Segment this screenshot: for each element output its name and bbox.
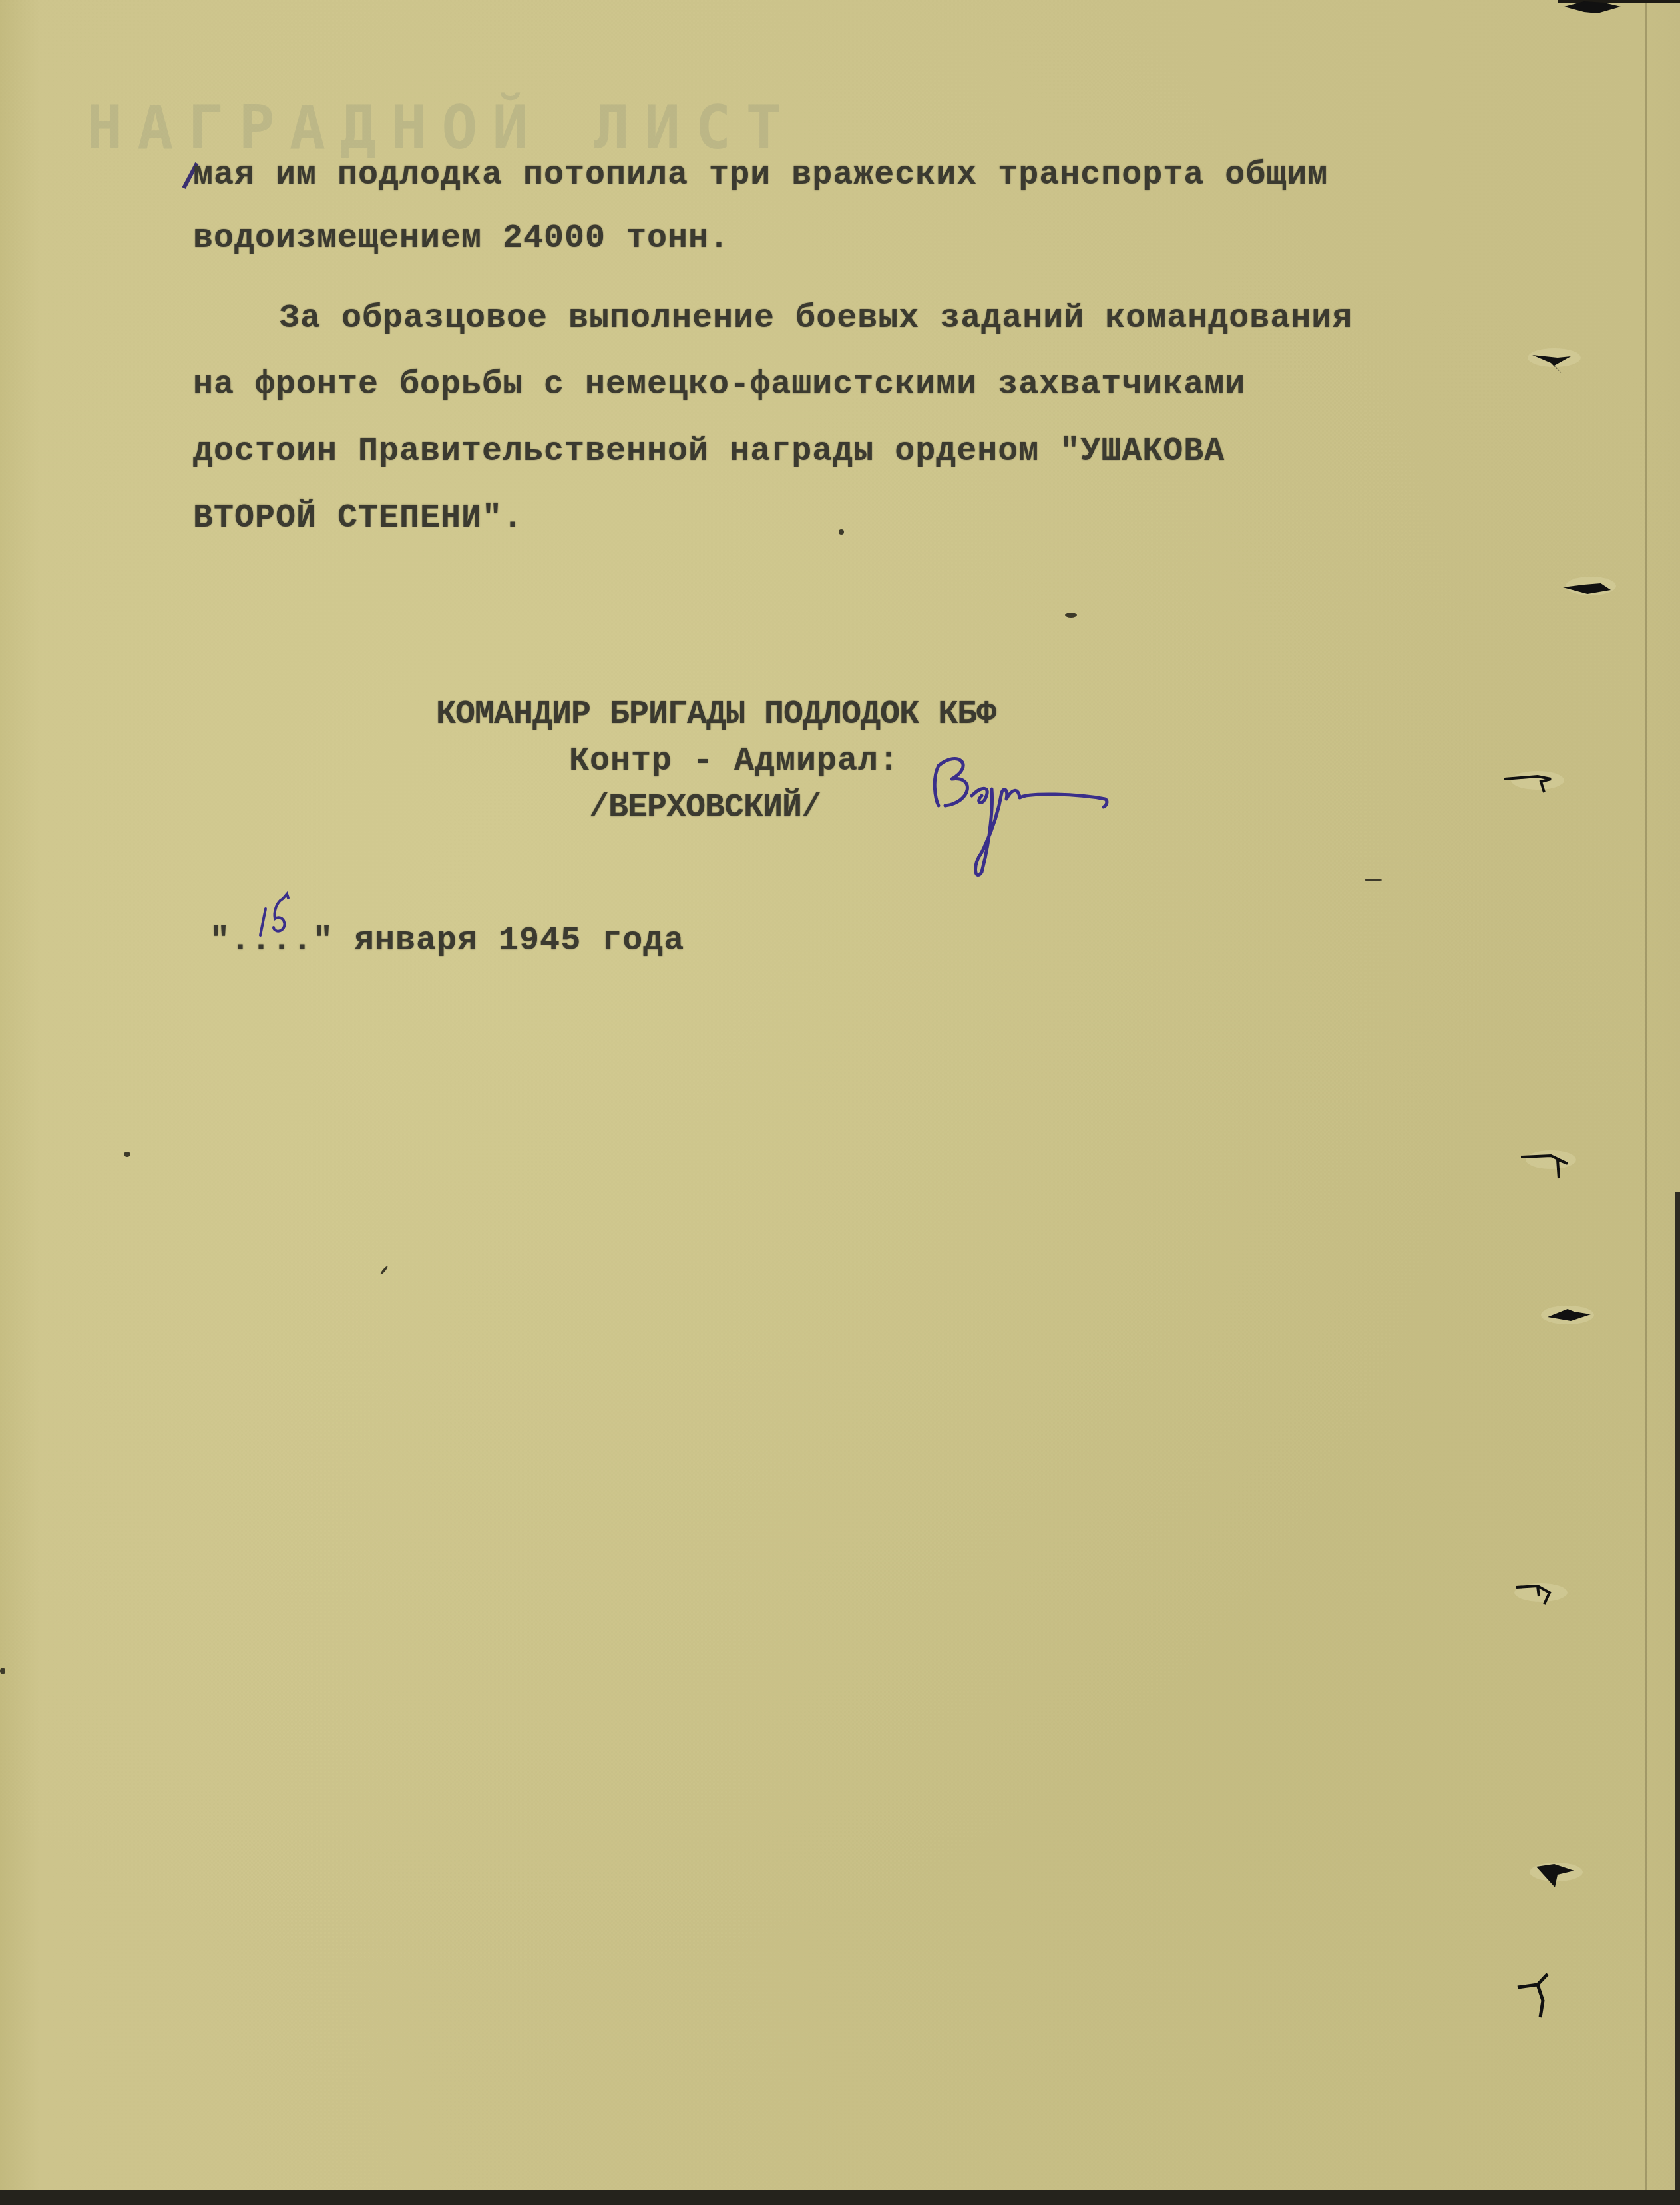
date-close-quote: " xyxy=(313,922,333,960)
speck xyxy=(839,529,844,535)
punch-hole-icon xyxy=(1511,1961,1571,2021)
handwritten-day-icon xyxy=(256,889,310,942)
punch-hole-icon xyxy=(1524,1857,1584,1897)
signatory-rank: Контр - Адмирал: xyxy=(569,742,899,780)
bottom-edge-shadow xyxy=(0,2190,1680,2205)
punch-hole-icon xyxy=(1558,0,1631,27)
right-edge-shadow xyxy=(1675,1192,1680,2205)
fold-crease xyxy=(1645,0,1647,2190)
speck xyxy=(0,1668,5,1674)
paragraph-1-line-2: водоизмещением 24000 тонн. xyxy=(193,220,730,258)
punch-hole-icon xyxy=(1558,573,1617,612)
paragraph-1-line-1: мая им подлодка потопила три вражеских т… xyxy=(193,156,1328,194)
paragraph-2-line-4: ВТОРОЙ СТЕПЕНИ". xyxy=(193,499,523,537)
punch-hole-icon xyxy=(1504,766,1564,806)
handwritten-signature-icon xyxy=(919,739,1112,885)
speck xyxy=(1365,879,1382,881)
speck xyxy=(124,1152,130,1157)
paragraph-2-line-3: достоин Правительственной награды ордено… xyxy=(193,433,1225,471)
signatory-name: /ВЕРХОВСКИЙ/ xyxy=(589,789,821,827)
signatory-position: КОМАНДИР БРИГАДЫ ПОДЛОДОК КБФ xyxy=(436,696,996,734)
punch-hole-icon xyxy=(1511,1578,1571,1618)
date-open-quote: " xyxy=(210,922,230,960)
date-month-year: января 1945 года xyxy=(354,922,684,960)
punch-hole-icon xyxy=(1524,343,1584,383)
punch-hole-icon xyxy=(1518,1145,1577,1185)
punch-hole-icon xyxy=(1538,1298,1597,1338)
paragraph-2-line-2: на фронте борьбы с немецко-фашистскими з… xyxy=(193,366,1245,404)
paragraph-2-line-1: За образцовое выполнение боевых заданий … xyxy=(280,300,1353,338)
bleed-through-text: НАГРАДНОЙ ЛИСТ xyxy=(87,93,1451,153)
speck xyxy=(1065,612,1077,618)
